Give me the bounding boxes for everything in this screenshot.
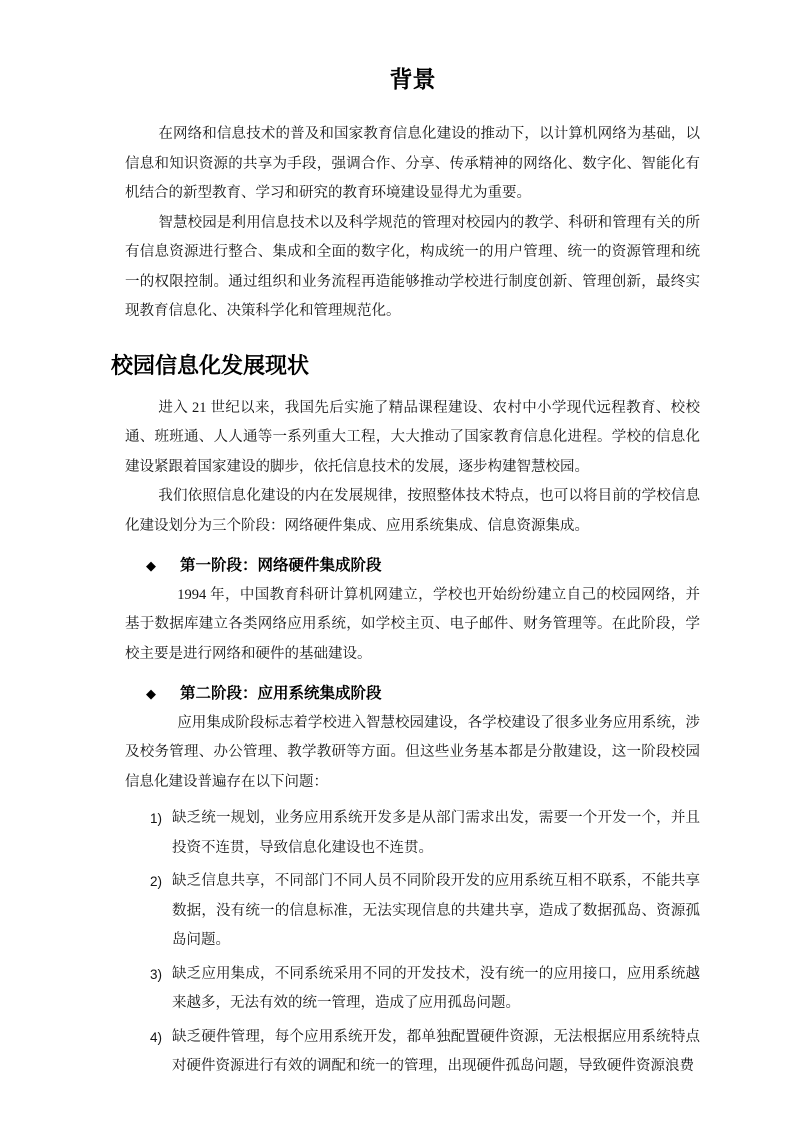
status-paragraph-2: 我们依照信息化建设的内在发展规律，按照整体技术特点，也可以将目前的学校信息化建设… <box>125 482 700 541</box>
list-item-number: 1) <box>150 804 162 834</box>
background-paragraph-2: 智慧校园是利用信息技术以及科学规范的管理对校园内的教学、科研和管理有关的所有信息… <box>125 209 700 327</box>
list-item: 2) 缺乏信息共享，不同部门不同人员不同阶段开发的应用系统互相不联系，不能共享数… <box>125 867 700 956</box>
status-paragraph-1: 进入 21 世纪以来，我国先后实施了精品课程建设、农村中小学现代远程教育、校校通… <box>125 394 700 483</box>
background-paragraph-1: 在网络和信息技术的普及和国家教育信息化建设的推动下，以计算机网络为基础，以信息和… <box>125 120 700 209</box>
list-item: 1) 缺乏统一规划，业务应用系统开发多是从部门需求出发，需要一个开发一个，并且投… <box>125 804 700 863</box>
document-page: 背景 在网络和信息技术的普及和国家教育信息化建设的推动下，以计算机网络为基础，以… <box>0 0 793 1122</box>
stage-1-heading: ◆ 第一阶段：网络硬件集成阶段 <box>125 551 700 581</box>
list-item-text: 缺乏信息共享，不同部门不同人员不同阶段开发的应用系统互相不联系，不能共享数据，没… <box>172 873 700 948</box>
stage-2-heading-label: 第二阶段：应用系统集成阶段 <box>180 685 382 702</box>
list-item-number: 2) <box>150 867 162 897</box>
section-title-background: 背景 <box>125 62 700 96</box>
list-item-number: 4) <box>150 1023 162 1053</box>
diamond-bullet-icon: ◆ <box>146 679 156 709</box>
section-title-campus-informatization-status: 校园信息化发展现状 <box>111 350 700 382</box>
stage-1-body-paragraph: 1994 年，中国教育科研计算机网建立，学校也开始纷纷建立自己的校园网络，并基于… <box>125 581 700 670</box>
list-item-text: 缺乏硬件管理，每个应用系统开发，都单独配置硬件资源，无法根据应用系统特点对硬件资… <box>172 1029 700 1075</box>
list-item-text: 缺乏统一规划，业务应用系统开发多是从部门需求出发，需要一个开发一个，并且投资不连… <box>172 810 700 856</box>
list-item-number: 3) <box>150 960 162 990</box>
list-item-text: 缺乏应用集成，不同系统采用不同的开发技术，没有统一的应用接口，应用系统越来越多，… <box>172 966 700 1012</box>
diamond-bullet-icon: ◆ <box>146 551 156 581</box>
stage-2-body-paragraph: 应用集成阶段标志着学校进入智慧校园建设，各学校建设了很多业务应用系统，涉及校务管… <box>125 709 700 798</box>
list-item: 3) 缺乏应用集成，不同系统采用不同的开发技术，没有统一的应用接口，应用系统越来… <box>125 960 700 1019</box>
stage-2-heading: ◆ 第二阶段：应用系统集成阶段 <box>125 679 700 709</box>
list-item: 4) 缺乏硬件管理，每个应用系统开发，都单独配置硬件资源，无法根据应用系统特点对… <box>125 1023 700 1082</box>
stage-1-heading-label: 第一阶段：网络硬件集成阶段 <box>180 557 382 574</box>
problem-list: 1) 缺乏统一规划，业务应用系统开发多是从部门需求出发，需要一个开发一个，并且投… <box>125 804 700 1082</box>
